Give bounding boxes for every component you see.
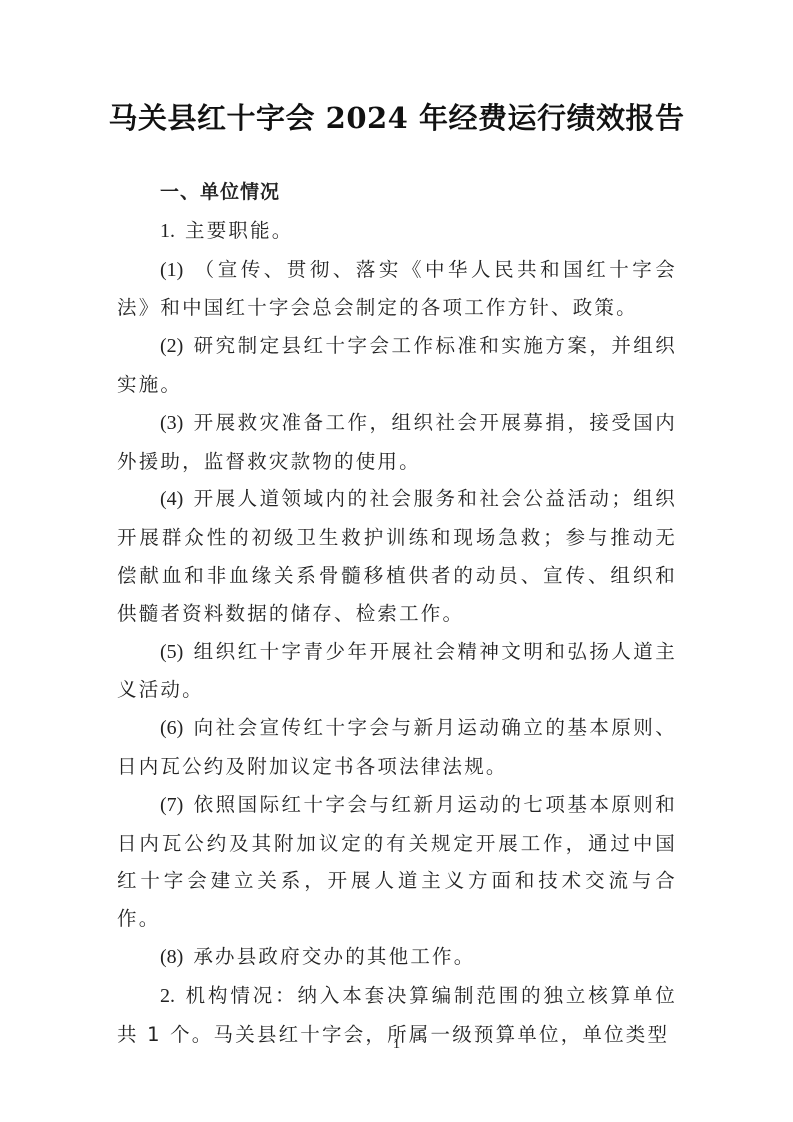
document-page: 马关县红十字会 2024 年经费运行绩效报告 一、单位情况 1.主要职能。 (1… — [0, 0, 793, 1122]
item-number: (3) — [160, 412, 183, 434]
item-text: （宣传、贯彻、落实《中华人民共和国红十字会法》和中国红十字会总会制定的各项工作方… — [117, 258, 677, 320]
subsection-main-functions: 1.主要职能。 — [117, 212, 677, 251]
function-item: (4)开展人道领域内的社会服务和社会公益活动；组织开展群众性的初级卫生救护训练和… — [117, 480, 677, 632]
page-number: 1 — [0, 1036, 793, 1053]
function-item: (5)组织红十字青少年开展社会精神文明和弘扬人道主义活动。 — [117, 633, 677, 710]
function-item: (6)向社会宣传红十字会与新月运动确立的基本原则、日内瓦公约及附加议定书各项法律… — [117, 709, 677, 786]
item-text: 向社会宣传红十字会与新月运动确立的基本原则、日内瓦公约及附加议定书各项法律法规。 — [117, 716, 677, 778]
item-number: (1) — [160, 259, 183, 281]
subsection-number: 2. — [160, 985, 175, 1007]
item-text: 依照国际红十字会与红新月运动的七项基本原则和日内瓦公约及其附加议定的有关规定开展… — [117, 793, 677, 930]
function-item: (3)开展救灾准备工作，组织社会开展募捐，接受国内外援助，监督救灾款物的使用。 — [117, 404, 677, 481]
item-text: 承办县政府交办的其他工作。 — [193, 945, 475, 968]
item-number: (2) — [160, 335, 183, 357]
item-number: (5) — [160, 641, 183, 663]
item-text: 研究制定县红十字会工作标准和实施方案，并组织实施。 — [117, 334, 677, 396]
function-item: (8)承办县政府交办的其他工作。 — [117, 938, 677, 977]
function-item: (2)研究制定县红十字会工作标准和实施方案，并组织实施。 — [117, 327, 677, 404]
subsection-text: 主要职能。 — [185, 219, 294, 242]
function-item: (7)依照国际红十字会与红新月运动的七项基本原则和日内瓦公约及其附加议定的有关规… — [117, 786, 677, 938]
document-body: 一、单位情况 1.主要职能。 (1)（宣传、贯彻、落实《中华人民共和国红十字会法… — [117, 174, 677, 1053]
item-number: (4) — [160, 488, 183, 510]
subsection-number: 1. — [160, 220, 175, 242]
item-number: (7) — [160, 794, 183, 816]
item-text: 开展救灾准备工作，组织社会开展募捐，接受国内外援助，监督救灾款物的使用。 — [117, 411, 677, 473]
item-text: 组织红十字青少年开展社会精神文明和弘扬人道主义活动。 — [117, 640, 677, 702]
document-title: 马关县红十字会 2024 年经费运行绩效报告 — [0, 98, 793, 138]
item-number: (6) — [160, 717, 183, 739]
section-heading: 一、单位情况 — [117, 174, 677, 212]
item-text: 开展人道领域内的社会服务和社会公益活动；组织开展群众性的初级卫生救护训练和现场急… — [117, 487, 677, 624]
item-number: (8) — [160, 946, 183, 968]
function-item: (1)（宣传、贯彻、落实《中华人民共和国红十字会法》和中国红十字会总会制定的各项… — [117, 251, 677, 328]
